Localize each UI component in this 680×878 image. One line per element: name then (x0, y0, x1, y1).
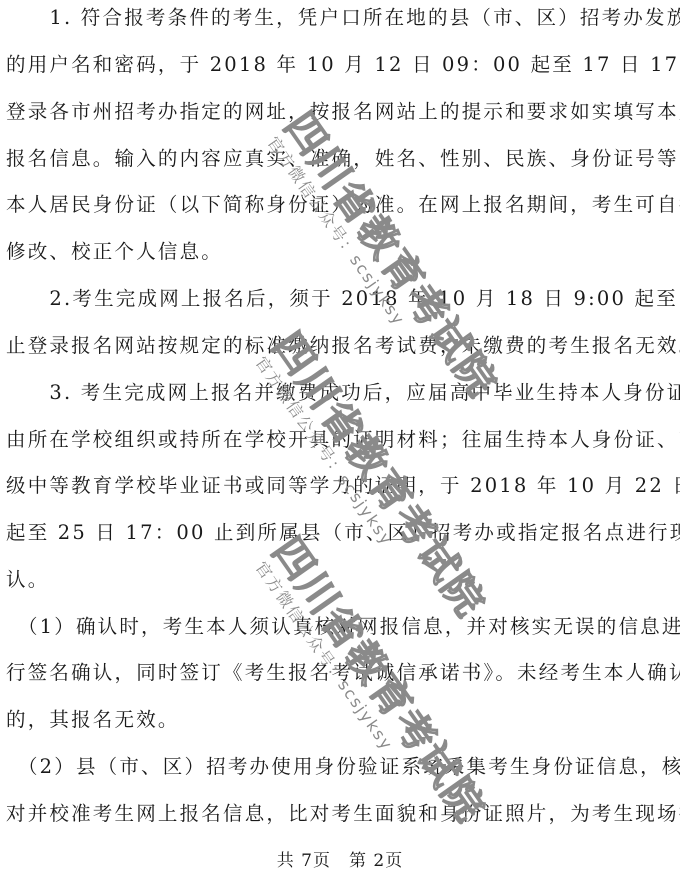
watermark-subtitle: 官方微信公众号：scsjyksy (252, 559, 457, 841)
page-footer: 共 7页 第 2页 (0, 850, 680, 872)
text-line: 级中等教育学校毕业证书或同等学力的证明，于 2018 年 10 月 22 日 9… (6, 474, 666, 498)
watermark-subtitle: 官方微信公众号：scsjyksy (264, 134, 469, 416)
text-line: 的用户名和密码，于 2018 年 10 月 12 日 09：00 起至 17 日… (6, 53, 666, 77)
text-line: （2）县（市、区）招考办使用身份验证系统采集考生身份证信息，核 (6, 755, 666, 779)
text-line: 由所在学校组织或持所在学校开具的证明材料；往届生持本人身份证、高 (6, 428, 666, 452)
text-line: （1）确认时，考生本人须认真核对网报信息，并对核实无误的信息进 (6, 615, 666, 639)
text-line: 报名信息。输入的内容应真实、准确，姓名、性别、民族、身份证号等以 (6, 147, 666, 171)
text-line: 本人居民身份证（以下简称身份证）为准。在网上报名期间，考生可自行 (6, 193, 666, 217)
document-page: 1. 符合报考条件的考生，凭户口所在地的县（市、区）招考办发放 的用户名和密码，… (0, 0, 680, 878)
text-line: 的，其报名无效。 (6, 708, 666, 732)
text-line: 止登录报名网站按规定的标准缴纳报名考试费，未缴费的考生报名无效。 (6, 334, 666, 358)
text-line: 1. 符合报考条件的考生，凭户口所在地的县（市、区）招考办发放 (6, 6, 666, 30)
text-line: 对并校准考生网上报名信息，比对考生面貌和身份证照片，为考生现场拍 (6, 802, 666, 826)
text-line: 修改、校正个人信息。 (6, 240, 666, 264)
text-line: 行签名确认，同时签订《考生报名考试诚信承诺书》。未经考生本人确认 (6, 661, 666, 685)
text-line: 登录各市州招考办指定的网址，按报名网站上的提示和要求如实填写本人 (6, 100, 666, 124)
text-line: 3. 考生完成网上报名并缴费成功后，应届高中毕业生持本人身份证， (6, 381, 666, 405)
text-line: 认。 (6, 568, 666, 592)
text-line: 起至 25 日 17：00 止到所属县（市、区）招考办或指定报名点进行现场确 (6, 521, 666, 545)
text-line: 2.考生完成网上报名后，须于 2018 年 10 月 18 日 9:00 起至 … (6, 287, 666, 311)
